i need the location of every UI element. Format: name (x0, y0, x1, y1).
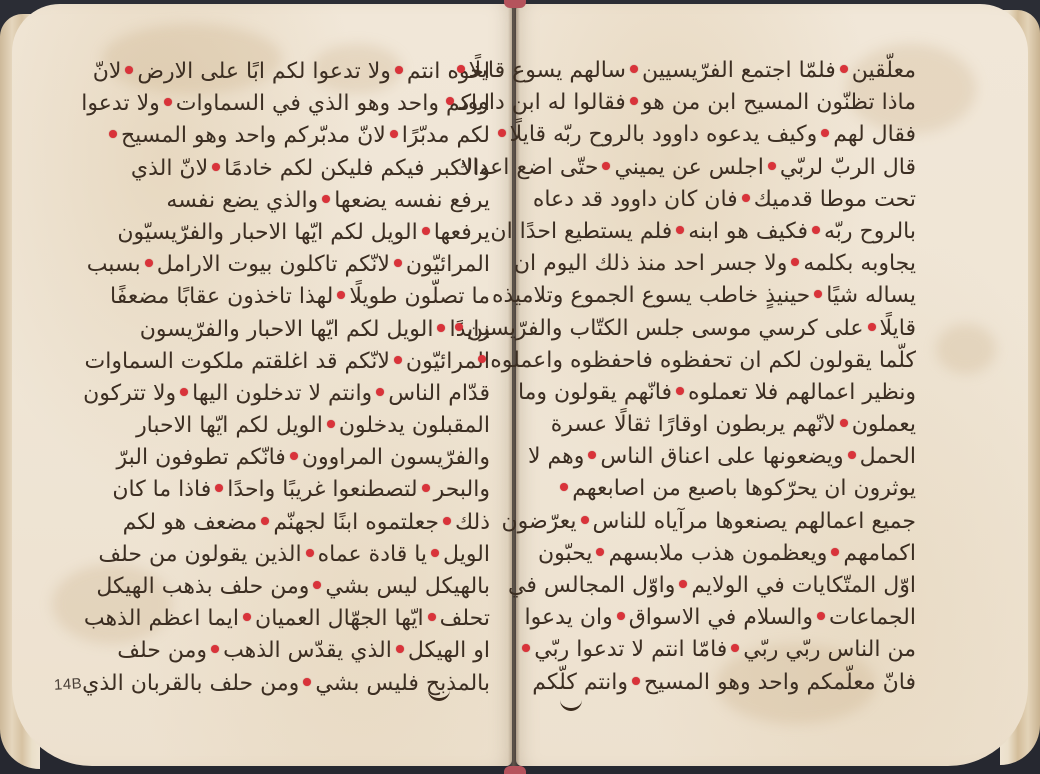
text-segment: بسبب (87, 252, 141, 277)
text-segment: والسلام في الاسواق (629, 605, 813, 630)
rubric-dot-icon (215, 484, 223, 492)
text-segment: يوثرون ان يحرّكوها باصبع من اصابعهم (572, 476, 916, 501)
manuscript-line: الويليا قادة عماهالذين يقولون من حلف (56, 539, 490, 571)
manuscript-line: الجماعاتوالسلام في الاسواقوان يدعوا (540, 602, 916, 634)
text-segment: معلّقين (852, 58, 916, 83)
rubric-dot-icon (812, 226, 820, 234)
text-segment: الويل لكم ايّها الاحبار (136, 413, 323, 438)
text-segment: جميع اعمالهم يصنعوها مرآياه للناس (593, 509, 916, 534)
open-codex: اخوه انتمولا تدعوا لكم ابًا على الارضلان… (0, 0, 1040, 774)
rubric-dot-icon (446, 97, 454, 105)
text-segment: الويل لكم ايّها الاحبار والفرّيسيّون (117, 220, 417, 245)
rubric-dot-icon (679, 580, 687, 588)
text-segment: فانّهم يقولون وما (518, 380, 672, 405)
rubric-dot-icon (422, 484, 430, 492)
rubric-dot-icon (431, 549, 439, 557)
manuscript-line: زايدًاالويل لكم ايّها الاحبار والفرّيسون (56, 314, 490, 346)
text-segment: وهم لا (528, 444, 584, 469)
rubric-dot-icon (840, 65, 848, 73)
manuscript-line: او الهيكلالذي يقدّس الذهبومن حلف (56, 635, 490, 667)
text-segment: الحمل (860, 444, 916, 469)
rubric-dot-icon (455, 323, 463, 331)
manuscript-line: اكمامهمويعظمون هذب ملابسهميحبّون (540, 538, 916, 570)
manuscript-line: جميع اعمالهم يصنعوها مرآياه للناسيعرّضون (540, 506, 916, 538)
text-segment: مضعف هو لكم (123, 510, 258, 535)
text-segment: المقبلون يدخلون (339, 413, 490, 438)
text-segment: والبحر (434, 477, 490, 502)
manuscript-line: كلّما يقولون لكم ان تحفظوه فاحفظوه واعمل… (540, 345, 916, 377)
manuscript-line: والاكبر فيكم فليكن لكم خادمًالانّ الذي (56, 153, 490, 185)
rubric-dot-icon (164, 98, 172, 106)
text-segment: فانّ معلّمكم واحد وهو المسيح (644, 670, 916, 695)
rubric-dot-icon (303, 678, 311, 686)
manuscript-line: يجاوبه بكلمهولا جسر احد منذ ذلك اليوم ان (540, 248, 916, 280)
rubric-dot-icon (212, 163, 220, 171)
text-segment: فلم يستطيع احدًا ان (490, 219, 672, 244)
text-segment: المرائيّون (406, 252, 490, 277)
text-segment: حينيذٍ خاطب يسوع الجموع وتلاميذه (492, 283, 810, 308)
text-segment: يجاوبه بكلمه (803, 251, 916, 276)
manuscript-line: تحلفايّها الجهّال العميانايما اعظم الذهب (56, 603, 490, 635)
text-segment: بالمذبح فليس بشي (315, 671, 490, 696)
text-segment: اجلس عن يميني (614, 155, 763, 180)
text-segment: والاكبر فيكم فليكن لكم خادمًا (224, 156, 490, 181)
rubric-dot-icon (243, 613, 251, 621)
rubric-dot-icon (602, 162, 610, 170)
manuscript-line: يرفع نفسه يضعهاوالذي يضع نفسه (56, 185, 490, 217)
rubric-dot-icon (848, 451, 856, 459)
rubric-dot-icon (632, 677, 640, 685)
text-segment: ومن حلف بذهب الهيكل (96, 574, 309, 599)
manuscript-line: ذلكجعلتموه ابنًا لجهنّممضعف هو لكم (56, 507, 490, 539)
text-segment: ايما اعظم الذهب (84, 606, 239, 631)
text-segment: واوّل المجالس في (508, 573, 675, 598)
text-segment: كلّما يقولون لكم ان تحفظوه فاحفظوه واعمل… (490, 348, 916, 373)
rubric-dot-icon (109, 130, 117, 138)
rubric-dot-icon (306, 549, 314, 557)
rubric-dot-icon (840, 419, 848, 427)
rubric-dot-icon (742, 194, 750, 202)
paper-stain (936, 324, 996, 374)
rubric-dot-icon (211, 645, 219, 653)
rubric-dot-icon (145, 259, 153, 267)
text-segment: فانّكم تطوفون البرّ (117, 445, 286, 470)
manuscript-line: يوثرون ان يحرّكوها باصبع من اصابعهم (540, 473, 916, 505)
rubric-dot-icon (821, 129, 829, 137)
text-segment: فامّا انتم لا تدعوا ربّي (534, 637, 727, 662)
rubric-dot-icon (868, 323, 876, 331)
text-segment: يعرّضون (501, 509, 576, 534)
text-segment: لانّكم قد اغلقتم ملكوت السماوات (85, 349, 390, 374)
text-segment: يا قادة عماه (318, 542, 427, 567)
text-segment: حتّى اضع اعداك (454, 155, 598, 180)
manuscript-line: بالهيكل ليس بشيومن حلف بذهب الهيكل (56, 571, 490, 603)
text-segment: لتصطنعوا غريبًا واحدًا (227, 477, 417, 502)
manuscript-line: قدّام الناسوانتم لا تدخلون اليهاولا تترك… (56, 378, 490, 410)
text-segment: ما تصلّون طويلًا (349, 284, 490, 309)
text-segment: والذي يضع نفسه (166, 188, 318, 213)
rubric-dot-icon (313, 581, 321, 589)
text-segment: ولا تدعوا (81, 91, 159, 116)
text-segment: لهذا تاخذون عقابًا مضعفًا (110, 284, 333, 309)
text-segment: الويل لكم ايّها الاحبار والفرّيسون (140, 317, 434, 342)
text-segment: فقال لهم (833, 122, 916, 147)
spine-tailband (504, 766, 526, 774)
rubric-dot-icon (443, 517, 451, 525)
left-page-text: اخوه انتمولا تدعوا لكم ابًا على الارضلان… (56, 56, 490, 700)
rubric-dot-icon (768, 162, 776, 170)
rubric-dot-icon (125, 66, 133, 74)
manuscript-scene: اخوه انتمولا تدعوا لكم ابًا على الارضلان… (0, 0, 1040, 774)
rubric-dot-icon (322, 195, 330, 203)
manuscript-line: الحملويضعونها على اعناق الناسوهم لا (540, 441, 916, 473)
text-segment: فلمّا اجتمع الفرّيسيين (642, 58, 836, 83)
text-segment: وان يدعوا (525, 605, 613, 630)
text-segment: قايلًا (880, 316, 916, 341)
text-segment: او الهيكل (408, 638, 490, 663)
right-page-text: معلّقينفلمّا اجتمع الفرّيسيينسالهم يسوع … (540, 55, 916, 699)
text-segment: يحبّون (538, 541, 592, 566)
text-segment: بالروح ربّه (824, 219, 916, 244)
text-segment: وانتم كلّكم (532, 670, 628, 695)
text-segment: يساله شيًا (826, 283, 916, 308)
text-segment: لانّ (93, 59, 122, 84)
rubric-dot-icon (422, 227, 430, 235)
rubric-dot-icon (791, 258, 799, 266)
text-segment: ومن حلف بالقربان الذي (82, 671, 299, 696)
text-segment: الجماعات (829, 605, 916, 630)
text-segment: ولا جسر احد منذ ذلك اليوم ان (514, 251, 787, 276)
rubric-dot-icon (831, 548, 839, 556)
rubric-dot-icon (596, 548, 604, 556)
rubric-dot-icon (396, 645, 404, 653)
rubric-dot-icon (390, 130, 398, 138)
rubric-dot-icon (428, 613, 436, 621)
manuscript-line: معلّقينفلمّا اجتمع الفرّيسيينسالهم يسوع … (540, 55, 916, 87)
text-segment: لكم مدبّرًا (402, 123, 490, 148)
manuscript-line: المرائيّونلانّكم قد اغلقتم ملكوت السماوا… (56, 346, 490, 378)
manuscript-line: اباكم واحد وهو الذي في السماواتولا تدعوا (56, 88, 490, 120)
text-segment: ماذا تظنّون المسيح ابن من هو (642, 90, 916, 115)
text-segment: فاذا ما كان (112, 477, 211, 502)
manuscript-line: ونظير اعمالهم فلا تعملوهفانّهم يقولون وم… (540, 377, 916, 409)
rubric-dot-icon (676, 387, 684, 395)
folio-number: 14B (54, 675, 83, 693)
manuscript-line: يرفعهاالويل لكم ايّها الاحبار والفرّيسيّ… (56, 217, 490, 249)
rubric-dot-icon (814, 290, 822, 298)
rubric-dot-icon (290, 452, 298, 460)
rubric-dot-icon (180, 388, 188, 396)
text-segment: وكيف يدعوه داوود بالروح ربّه قايلًا (510, 122, 818, 147)
rubric-dot-icon (630, 97, 638, 105)
manuscript-line: لكم مدبّرًالانّ مدبّركم واحد وهو المسيح (56, 120, 490, 152)
manuscript-line: تحت موطا قدميكفان كان داوود قد دعاه (540, 184, 916, 216)
manuscript-line: اخوه انتمولا تدعوا لكم ابًا على الارضلان… (56, 56, 490, 88)
manuscript-line: بالمذبح فليس بشيومن حلف بالقربان الذي (56, 668, 490, 700)
rubric-dot-icon (560, 483, 568, 491)
text-segment: يرفع نفسه يضعها (334, 188, 490, 213)
text-segment: ومن حلف (117, 638, 207, 663)
text-segment: ايّها الجهّال العميان (255, 606, 424, 631)
rubric-dot-icon (522, 644, 530, 652)
rubric-dot-icon (394, 259, 402, 267)
rubric-dot-icon (731, 644, 739, 652)
text-segment: تحلف (440, 606, 490, 631)
manuscript-line: قايلًاعلى كرسي موسى جلس الكتّاب والفرّيس… (540, 313, 916, 345)
manuscript-line: ما تصلّون طويلًالهذا تاخذون عقابًا مضعفً… (56, 281, 490, 313)
rubric-dot-icon (437, 324, 445, 332)
text-segment: الويل (443, 542, 490, 567)
manuscript-line: والبحرلتصطنعوا غريبًا واحدًافاذا ما كان (56, 474, 490, 506)
text-segment: من الناس ربّي ربّي (743, 637, 916, 662)
rubric-dot-icon (376, 388, 384, 396)
text-segment: ونظير اعمالهم فلا تعملوه (688, 380, 916, 405)
manuscript-line: والفرّيسون المراوونفانّكم تطوفون البرّ (56, 442, 490, 474)
text-segment: تحت موطا قدميك (754, 187, 916, 212)
rubric-dot-icon (457, 65, 465, 73)
manuscript-line: المرائيّونلانّكم تاكلون بيوت الاراملبسبب (56, 249, 490, 281)
text-segment: ويعظمون هذب ملابسهم (608, 541, 827, 566)
text-segment: بالهيكل ليس بشي (325, 574, 490, 599)
text-segment: وانتم لا تدخلون اليها (192, 381, 372, 406)
text-segment: ويضعونها على اعناق الناس (600, 444, 843, 469)
manuscript-line: فقال لهموكيف يدعوه داوود بالروح ربّه قاي… (540, 119, 916, 151)
text-segment: لانّ مدبّركم واحد وهو المسيح (121, 123, 386, 148)
text-segment: يرفعها (434, 220, 490, 245)
rubric-dot-icon (588, 451, 596, 459)
text-segment: ولا تتركون (83, 381, 176, 406)
text-segment: الذي يقدّس الذهب (223, 638, 392, 663)
rubric-dot-icon (630, 65, 638, 73)
rubric-dot-icon (395, 66, 403, 74)
manuscript-line: بالروح ربّهفكيف هو ابنهفلم يستطيع احدًا … (540, 216, 916, 248)
text-segment: اكمامهم (843, 541, 916, 566)
spine-headband (504, 0, 526, 8)
text-segment: يعملون (852, 412, 916, 437)
manuscript-line: من الناس ربّي ربّيفامّا انتم لا تدعوا رب… (540, 634, 916, 666)
rubric-dot-icon (581, 516, 589, 524)
manuscript-line: اوّل المتّكايات في الولايمواوّل المجالس … (540, 570, 916, 602)
text-segment: فكيف هو ابنه (688, 219, 808, 244)
text-segment: على كرسي موسى جلس الكتّاب والفرّيسين (467, 316, 864, 341)
text-segment: لانّكم تاكلون بيوت الارامل (157, 252, 390, 277)
manuscript-line: يساله شيًاحينيذٍ خاطب يسوع الجموع وتلامي… (540, 280, 916, 312)
text-segment: فان كان داوود قد دعاه (533, 187, 738, 212)
text-segment: قدّام الناس (388, 381, 490, 406)
rubric-dot-icon (676, 226, 684, 234)
text-segment: والفرّيسون المراوون (302, 445, 490, 470)
text-segment: فقالوا له ابن داوود (458, 90, 626, 115)
rubric-dot-icon (478, 355, 486, 363)
text-segment: قال الربّ لربّي (780, 155, 916, 180)
rubric-dot-icon (817, 612, 825, 620)
manuscript-line: المقبلون يدخلونالويل لكم ايّها الاحبار (56, 410, 490, 442)
text-segment: سالهم يسوع قايلًا (469, 58, 626, 83)
rubric-dot-icon (327, 420, 335, 428)
rubric-dot-icon (617, 612, 625, 620)
text-segment: اوّل المتّكايات في الولايم (691, 573, 916, 598)
manuscript-line: فانّ معلّمكم واحد وهو المسيحوانتم كلّكم (540, 667, 916, 699)
rubric-dot-icon (337, 291, 345, 299)
manuscript-line: ماذا تظنّون المسيح ابن من هوفقالوا له اب… (540, 87, 916, 119)
text-segment: لانّ الذي (131, 156, 208, 181)
text-segment: ولا تدعوا لكم ابًا على الارض (137, 59, 390, 84)
rubric-dot-icon (261, 517, 269, 525)
text-segment: الذين يقولون من حلف (98, 542, 301, 567)
text-segment: جعلتموه ابنًا لجهنّم (273, 510, 439, 535)
text-segment: ذلك (455, 510, 490, 535)
manuscript-line: يعملونلانّهم يربطون اوقارًا ثقالًا عسرة (540, 409, 916, 441)
text-segment: لانّهم يربطون اوقارًا ثقالًا عسرة (551, 412, 836, 437)
manuscript-line: قال الربّ لربّياجلس عن يمينيحتّى اضع اعد… (540, 152, 916, 184)
rubric-dot-icon (498, 129, 506, 137)
rubric-dot-icon (394, 356, 402, 364)
